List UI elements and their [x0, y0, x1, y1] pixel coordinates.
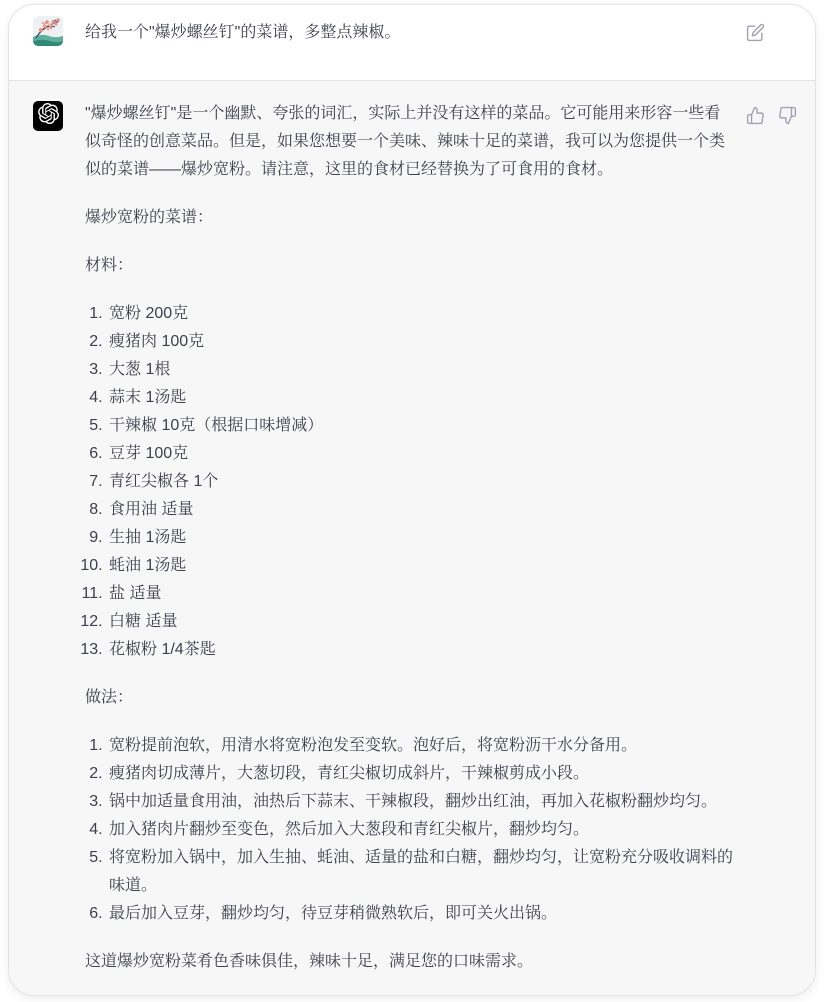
thumbs-up-button[interactable]	[746, 107, 765, 126]
closing-paragraph: 这道爆炒宽粉菜肴色香味俱佳，辣味十足，满足您的口味需求。	[85, 948, 733, 976]
ingredient-item: 蒜末 1汤匙	[107, 384, 733, 412]
steps-label: 做法：	[85, 684, 733, 712]
ingredient-item: 大葱 1根	[107, 356, 733, 384]
step-item: 将宽粉加入锅中，加入生抽、蚝油、适量的盐和白糖，翻炒均匀，让宽粉充分吸收调料的味…	[107, 844, 733, 900]
ingredient-item: 瘦猪肉 100克	[107, 328, 733, 356]
assistant-intro-paragraph: "爆炒螺丝钉"是一个幽默、夸张的词汇，实际上并没有这样的菜品。它可能用来形容一些…	[85, 100, 733, 184]
ingredient-item: 宽粉 200克	[107, 300, 733, 328]
step-item: 锅中加适量食用油，油热后下蒜末、干辣椒段，翻炒出红油，再加入花椒粉翻炒均匀。	[107, 788, 733, 816]
ingredient-item: 花椒粉 1/4茶匙	[107, 636, 733, 664]
step-item: 瘦猪肉切成薄片，大葱切段，青红尖椒切成斜片，干辣椒剪成小段。	[107, 760, 733, 788]
edit-message-button[interactable]	[746, 24, 765, 43]
step-item: 宽粉提前泡软，用清水将宽粉泡发至变软。泡好后，将宽粉沥干水分备用。	[107, 732, 733, 760]
ingredients-label: 材料：	[85, 252, 733, 280]
assistant-message-content: "爆炒螺丝钉"是一个幽默、夸张的词汇，实际上并没有这样的菜品。它可能用来形容一些…	[85, 100, 733, 976]
blossom-branch-icon	[33, 33, 63, 46]
thumbs-down-icon	[778, 106, 797, 128]
thumbs-down-button[interactable]	[778, 107, 797, 126]
ingredients-list: 宽粉 200克 瘦猪肉 100克 大葱 1根 蒜末 1汤匙 干辣椒 10克（根据…	[85, 300, 733, 664]
step-item: 加入猪肉片翻炒至变色，然后加入大葱段和青红尖椒片，翻炒均匀。	[107, 816, 733, 844]
conversation-card: 给我一个"爆炒螺丝钉"的菜谱，多整点辣椒。 "爆炒螺丝钉"是一个幽默、	[8, 4, 816, 996]
ingredient-item: 盐 适量	[107, 580, 733, 608]
user-message-row: 给我一个"爆炒螺丝钉"的菜谱，多整点辣椒。	[9, 5, 815, 80]
user-avatar	[33, 16, 63, 46]
steps-list: 宽粉提前泡软，用清水将宽粉泡发至变软。泡好后，将宽粉沥干水分备用。 瘦猪肉切成薄…	[85, 732, 733, 928]
thumbs-up-icon	[746, 106, 765, 128]
ingredient-item: 青红尖椒各 1个	[107, 468, 733, 496]
assistant-message-row: "爆炒螺丝钉"是一个幽默、夸张的词汇，实际上并没有这样的菜品。它可能用来形容一些…	[9, 80, 815, 996]
assistant-avatar	[33, 101, 63, 131]
assistant-message-actions	[746, 107, 797, 126]
edit-icon	[746, 23, 765, 45]
ingredient-item: 豆芽 100克	[107, 440, 733, 468]
ingredient-item: 生抽 1汤匙	[107, 524, 733, 552]
step-item: 最后加入豆芽，翻炒均匀，待豆芽稍微熟软后，即可关火出锅。	[107, 900, 733, 928]
openai-logo-icon	[38, 103, 59, 129]
ingredient-item: 白糖 适量	[107, 608, 733, 636]
user-message-text: 给我一个"爆炒螺丝钉"的菜谱，多整点辣椒。	[85, 19, 645, 47]
recipe-title: 爆炒宽粉的菜谱：	[85, 204, 733, 232]
ingredient-item: 蚝油 1汤匙	[107, 552, 733, 580]
user-message-actions	[746, 24, 765, 47]
ingredient-item: 食用油 适量	[107, 496, 733, 524]
ingredient-item: 干辣椒 10克（根据口味增减）	[107, 412, 733, 440]
